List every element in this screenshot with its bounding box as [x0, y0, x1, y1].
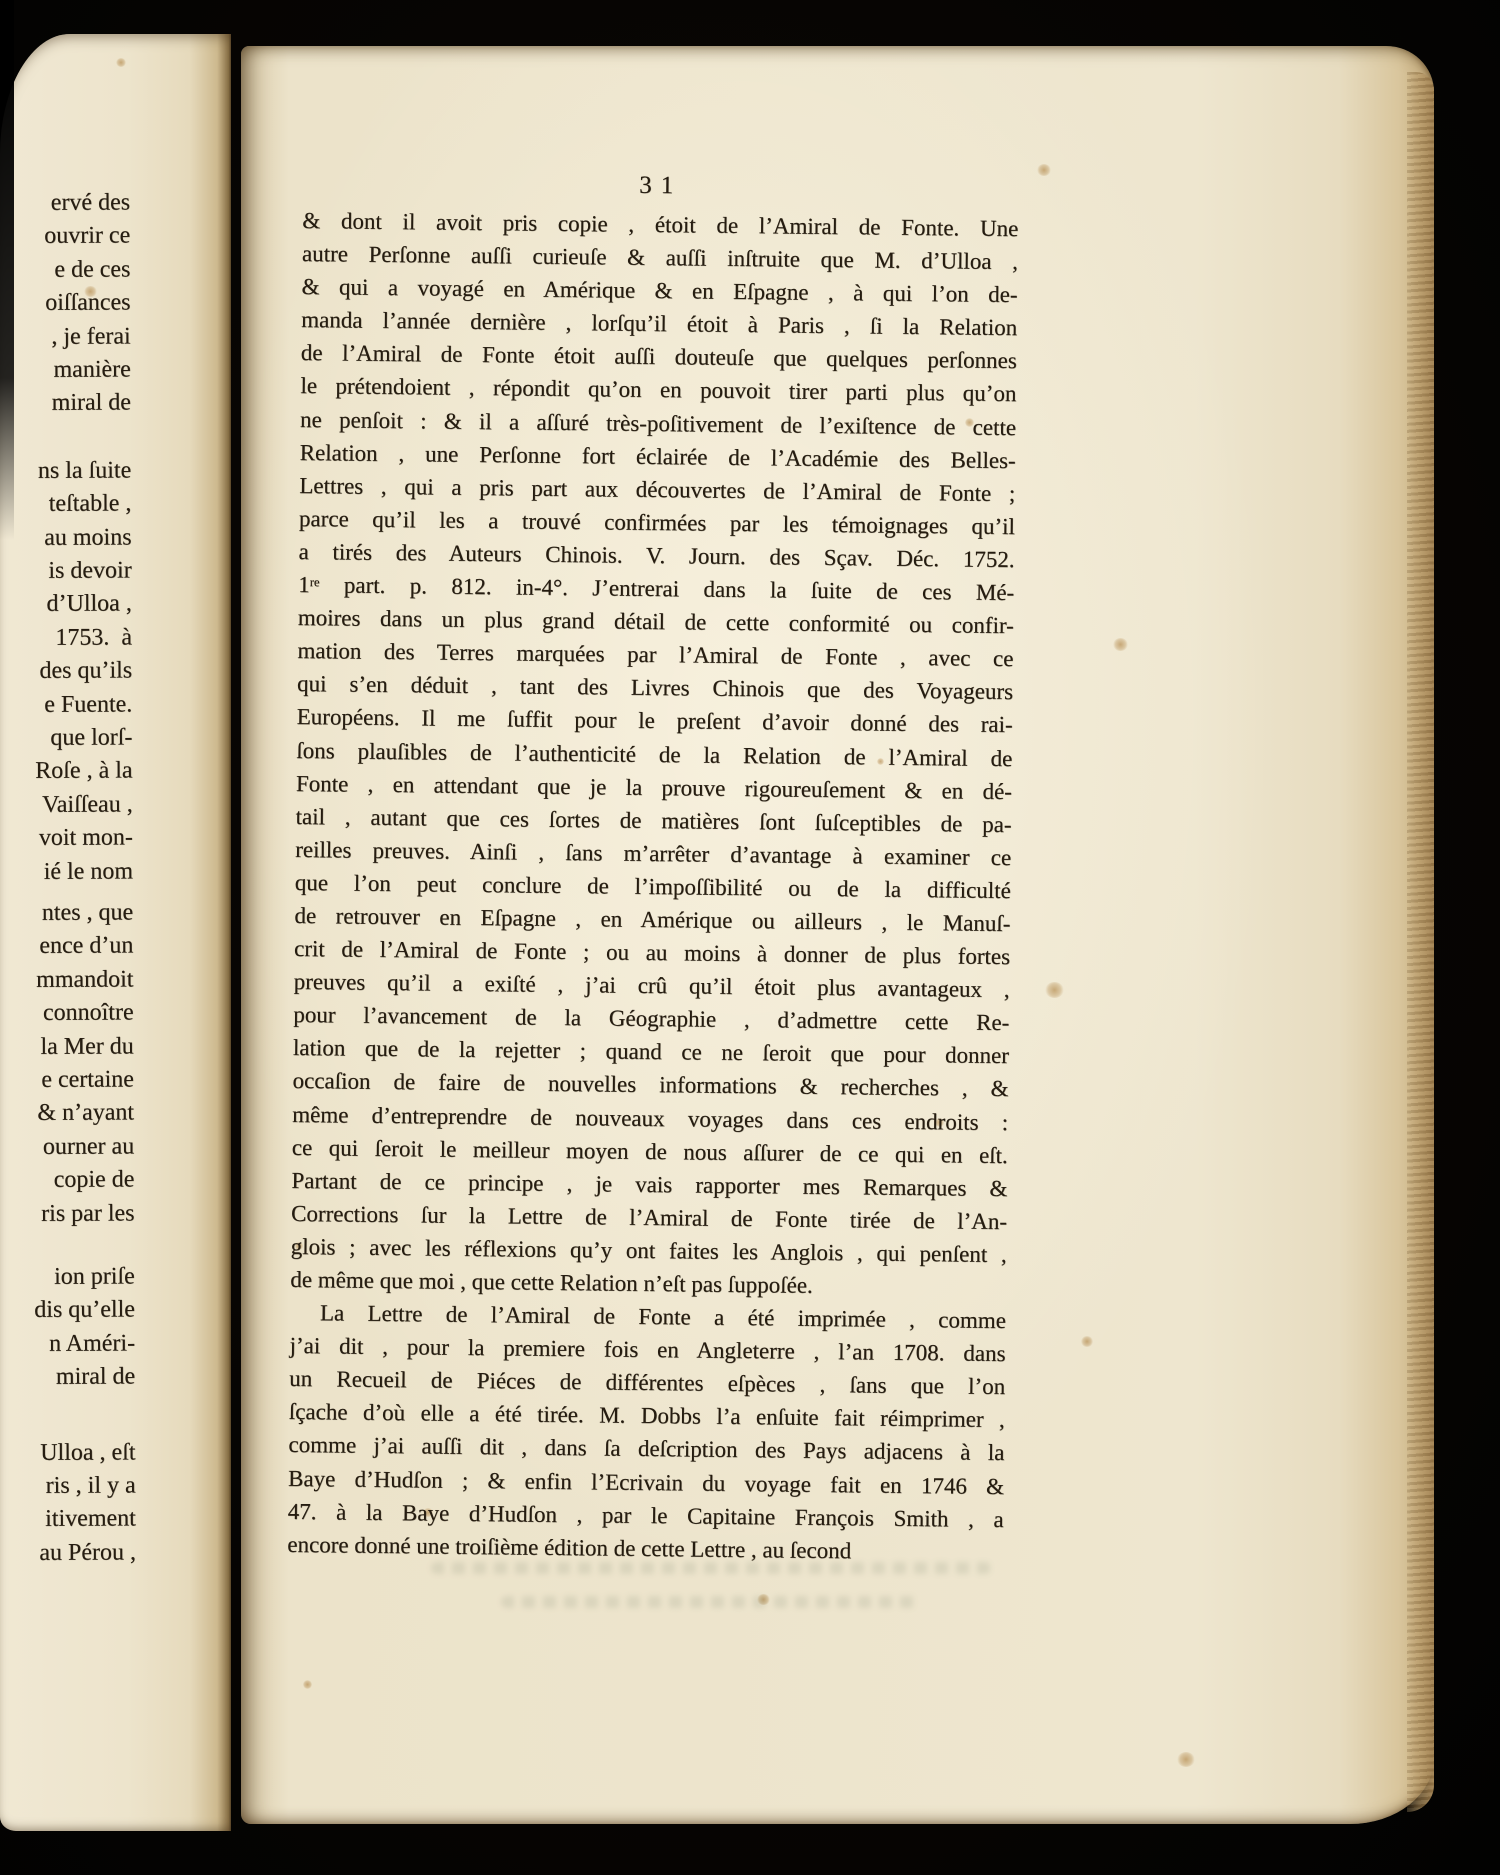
left-fragment-line: ris par les [41, 1200, 134, 1227]
fore-edge [1407, 72, 1434, 1812]
page-text: 31 & dont il avoit pris copie , étoit de… [287, 162, 1019, 1569]
left-fragment-line: itivement [45, 1506, 136, 1533]
left-fragment-line: d’Ulloa , [46, 591, 131, 618]
left-fragment-line: voit mon- [39, 825, 133, 852]
foxing-spot [1081, 1336, 1093, 1347]
left-page-fragments: ervé desouvrir cee de cesoiſſances, je f… [0, 189, 139, 1650]
left-fragment-line: ourner au [43, 1133, 134, 1160]
left-fragment-line: la Mer du [40, 1033, 133, 1060]
left-fragment-line: manière [53, 356, 130, 383]
left-fragment-line: ris , il y a [46, 1472, 136, 1499]
foxing-spot [84, 286, 97, 297]
left-fragment-line: ion priſe [54, 1263, 135, 1290]
left-fragment-line: n Améri- [49, 1330, 135, 1357]
left-fragment-line: copie de [54, 1167, 135, 1194]
left-fragment-line: des qu’ils [39, 658, 132, 685]
left-fragment-line: ié le nom [44, 858, 133, 885]
left-fragment-line: dis qu’elle [34, 1297, 135, 1324]
left-fragment-line: miral de [56, 1364, 135, 1391]
left-fragment-line: Roſe , à la [35, 758, 132, 785]
right-page-lines: & dont il avoit pris copie , étoit de l’… [287, 204, 1018, 1569]
foxing-spot [303, 1680, 312, 1689]
left-fragment-line: que lorſ- [50, 724, 132, 751]
left-fragment-line: e Fuente. [44, 691, 132, 718]
photographed-book-spread: { "colors": { "paper": "#ece3ca", "ink":… [0, 0, 1500, 1875]
left-fragment-line: ns la ſuite [38, 457, 131, 484]
show-through-text [501, 1596, 921, 1608]
left-fragment-line: Vaiſſeau , [42, 791, 133, 818]
foxing-spot [1045, 982, 1064, 998]
left-fragment-line: is devoir [48, 557, 131, 584]
left-fragment-line: mmandoit [36, 966, 133, 993]
left-fragment-line: & n’ayant [37, 1100, 134, 1127]
left-fragment-line: ervé des [51, 189, 130, 216]
left-fragment-line: ntes , que [42, 899, 133, 926]
left-fragment-line: Ulloa , eſt [40, 1439, 135, 1466]
left-fragment-line: miral de [52, 390, 131, 417]
left-fragment-line: au moins [44, 524, 131, 551]
left-fragment-line: , je ferai [51, 323, 130, 350]
left-fragment-line: 1753. à [55, 624, 132, 651]
left-fragment-line: ence d’un [39, 933, 133, 960]
foxing-spot [116, 58, 126, 67]
left-fragment-line: teſtable , [49, 491, 132, 518]
left-fragment-line: au Pérou , [39, 1539, 136, 1566]
foxing-spot [1113, 638, 1128, 651]
foxing-spot [1037, 164, 1051, 176]
left-fragment-line: e de ces [54, 256, 130, 283]
superscript: re [310, 575, 320, 589]
foxing-spot [1177, 1752, 1195, 1767]
left-fragment-line: e certaine [41, 1066, 134, 1093]
left-fragment-line: ouvrir ce [44, 223, 130, 250]
left-fragment-line: connoître [43, 1000, 134, 1027]
